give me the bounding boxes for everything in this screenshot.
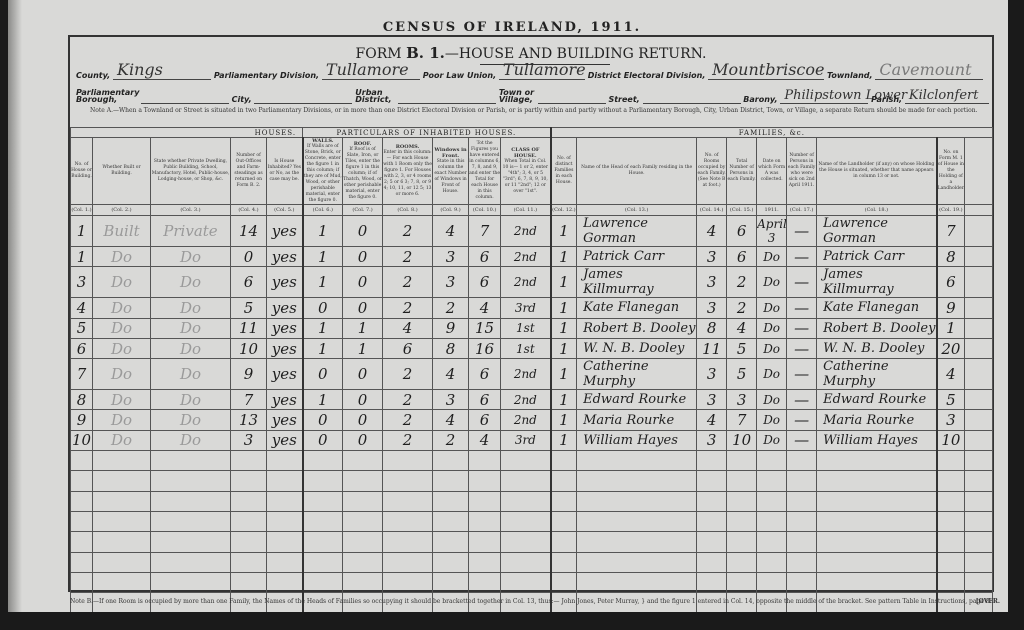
- cell-walls: 1: [303, 216, 343, 247]
- empty-cell: [577, 471, 697, 491]
- col6-text: If Walls are of Stone, Brick, or Concret…: [304, 144, 343, 204]
- cell-total: 6: [469, 410, 501, 430]
- margin-cell: [965, 338, 993, 358]
- empty-cell: [343, 572, 383, 592]
- empty-cell: [757, 451, 787, 471]
- empty-cell: [727, 572, 757, 592]
- empty-cell: [577, 532, 697, 552]
- cell-date: Do: [757, 338, 787, 358]
- empty-cell: [727, 511, 757, 531]
- cell-rooms: 2: [383, 410, 433, 430]
- cell-class: 2nd: [501, 267, 551, 298]
- empty-cell: [937, 471, 965, 491]
- empty-cell: [267, 491, 303, 511]
- cell-class: 3rd: [501, 430, 551, 450]
- cell-persons: 7: [727, 410, 757, 430]
- note-b: Note B.—If one Room is occupied by more …: [70, 598, 1000, 605]
- over-label: [OVER.: [976, 598, 1000, 605]
- cell-outoffices: 7: [231, 390, 267, 410]
- empty-cell: [577, 572, 697, 592]
- empty-cell: [551, 471, 577, 491]
- cell-total: 6: [469, 390, 501, 410]
- col10-header: Tot the Figures you have entered in colu…: [469, 138, 501, 205]
- col11-header: CLASS OF HOUSE.When Total in Col. 10 is—…: [501, 138, 551, 205]
- cell-type: Private: [151, 216, 231, 247]
- empty-cell: [787, 532, 817, 552]
- cell-house: 8: [71, 390, 93, 410]
- cell-form-m1: 8: [937, 247, 965, 267]
- cell-outoffices: 6: [231, 267, 267, 298]
- empty-cell: [501, 552, 551, 572]
- cell-landholder: Edward Rourke: [817, 390, 937, 410]
- empty-cell: [817, 491, 937, 511]
- col15-num: (Col. 15.): [727, 205, 757, 216]
- cell-roof: 1: [343, 318, 383, 338]
- cell-built: Do: [93, 390, 151, 410]
- col16-year: 1911.: [757, 205, 787, 216]
- cell-class: 2nd: [501, 359, 551, 390]
- cell-date: Do: [757, 298, 787, 318]
- cell-head: W. N. B. Dooley: [577, 338, 697, 358]
- empty-cell: [697, 532, 727, 552]
- cell-built: Do: [93, 430, 151, 450]
- empty-cell: [93, 491, 151, 511]
- cell-type: Do: [151, 267, 231, 298]
- cell-rooms: 4: [383, 318, 433, 338]
- empty-cell: [343, 471, 383, 491]
- cell-rooms-occ: 8: [697, 318, 727, 338]
- cell-form-m1: 5: [937, 390, 965, 410]
- col1-num: (Col. 1.): [71, 205, 93, 216]
- empty-cell: [501, 471, 551, 491]
- cell-landholder: William Hayes: [817, 430, 937, 450]
- empty-cell: [577, 491, 697, 511]
- cell-class: 2nd: [501, 410, 551, 430]
- cell-windows: 3: [433, 247, 469, 267]
- cell-outoffices: 3: [231, 430, 267, 450]
- col4-header: Number of Out-Offices and Farm-steadings…: [231, 138, 267, 205]
- cell-roof: 0: [343, 430, 383, 450]
- empty-cell: [343, 491, 383, 511]
- empty-cell: [343, 511, 383, 531]
- cell-sick: —: [787, 298, 817, 318]
- cell-built: Do: [93, 359, 151, 390]
- empty-cell: [937, 552, 965, 572]
- empty-cell: [383, 572, 433, 592]
- cell-windows: 4: [433, 216, 469, 247]
- empty-cell: [937, 572, 965, 592]
- cell-walls: 1: [303, 318, 343, 338]
- cell-total: 4: [469, 430, 501, 450]
- table-row: 3DoDo6yes102362nd1James Killmurray32Do—J…: [71, 267, 993, 298]
- empty-cell: [501, 491, 551, 511]
- empty-cell: [551, 552, 577, 572]
- col18-num: (Col. 18.): [817, 205, 937, 216]
- empty-cell: [551, 491, 577, 511]
- empty-cell: [965, 532, 993, 552]
- cell-sick: —: [787, 390, 817, 410]
- empty-cell: [551, 572, 577, 592]
- cell-landholder: W. N. B. Dooley: [817, 338, 937, 358]
- cell-rooms: 2: [383, 216, 433, 247]
- cell-form-m1: 20: [937, 338, 965, 358]
- windows-subheader: Windows in Front.: [433, 147, 468, 159]
- col11-num: (Col. 11.): [501, 205, 551, 216]
- cell-total: 15: [469, 318, 501, 338]
- empty-cell: [787, 552, 817, 572]
- empty-row: [71, 471, 993, 491]
- empty-cell: [231, 532, 267, 552]
- empty-cell: [231, 451, 267, 471]
- empty-row: [71, 552, 993, 572]
- col17-header: Number of Persons in each Family who wer…: [787, 138, 817, 205]
- cell-walls: 1: [303, 390, 343, 410]
- margin-num: [965, 205, 993, 216]
- col14-header: No. of Rooms occupied by each Family. (S…: [697, 138, 727, 205]
- column-header-row: No. of House or Building. Whether Built …: [71, 138, 993, 205]
- empty-cell: [151, 572, 231, 592]
- barony-label: Barony,: [743, 95, 777, 104]
- empty-cell: [433, 511, 469, 531]
- cell-class: 1st: [501, 318, 551, 338]
- cell-walls: 0: [303, 430, 343, 450]
- cell-windows: 9: [433, 318, 469, 338]
- empty-cell: [817, 532, 937, 552]
- cell-class: 1st: [501, 338, 551, 358]
- empty-cell: [433, 572, 469, 592]
- cell-families: 1: [551, 216, 577, 247]
- empty-cell: [151, 491, 231, 511]
- cell-rooms: 2: [383, 298, 433, 318]
- cell-persons: 6: [727, 216, 757, 247]
- empty-cell: [469, 451, 501, 471]
- empty-cell: [577, 511, 697, 531]
- empty-cell: [469, 532, 501, 552]
- empty-cell: [231, 471, 267, 491]
- empty-cell: [71, 511, 93, 531]
- parish-label: Parish,: [871, 95, 902, 104]
- table-row: 10DoDo3yes002243rd1William Hayes310Do—Wi…: [71, 430, 993, 450]
- col19-num: (Col. 19.): [937, 205, 965, 216]
- cell-walls: 1: [303, 338, 343, 358]
- cell-head: Edward Rourke: [577, 390, 697, 410]
- note-b-text: Note B.—If one Room is occupied by more …: [70, 598, 991, 605]
- county-value: Kings: [113, 60, 211, 80]
- cell-outoffices: 5: [231, 298, 267, 318]
- cell-rooms: 6: [383, 338, 433, 358]
- col1-header: No. of House or Building.: [71, 138, 93, 205]
- cell-total: 6: [469, 359, 501, 390]
- empty-cell: [151, 451, 231, 471]
- cell-head: Kate Flanegan: [577, 298, 697, 318]
- cell-date: April 3: [757, 216, 787, 247]
- table-row: 6DoDo10yes1168161st1W. N. B. Dooley115Do…: [71, 338, 993, 358]
- empty-cell: [757, 572, 787, 592]
- empty-cell: [433, 491, 469, 511]
- cell-inhabited: yes: [267, 430, 303, 450]
- empty-cell: [71, 451, 93, 471]
- empty-cell: [727, 552, 757, 572]
- cell-rooms: 2: [383, 430, 433, 450]
- cell-outoffices: 0: [231, 247, 267, 267]
- cell-persons: 10: [727, 430, 757, 450]
- cell-class: 2nd: [501, 247, 551, 267]
- cell-date: Do: [757, 267, 787, 298]
- cell-built: Do: [93, 267, 151, 298]
- cell-inhabited: yes: [267, 390, 303, 410]
- cell-date: Do: [757, 390, 787, 410]
- cell-families: 1: [551, 298, 577, 318]
- cell-type: Do: [151, 390, 231, 410]
- cell-total: 4: [469, 298, 501, 318]
- empty-row: [71, 451, 993, 471]
- cell-total: 6: [469, 247, 501, 267]
- parish-value: Kilclonfert: [905, 88, 989, 104]
- cell-outoffices: 14: [231, 216, 267, 247]
- empty-cell: [267, 451, 303, 471]
- cell-families: 1: [551, 359, 577, 390]
- empty-cell: [787, 451, 817, 471]
- cell-windows: 3: [433, 267, 469, 298]
- empty-cell: [577, 451, 697, 471]
- cell-form-m1: 1: [937, 318, 965, 338]
- cell-families: 1: [551, 338, 577, 358]
- col17-num: (Col. 17.): [787, 205, 817, 216]
- class-subheader: CLASS OF HOUSE.: [501, 147, 550, 159]
- col8-num: (Col. 8.): [383, 205, 433, 216]
- empty-cell: [93, 511, 151, 531]
- cell-rooms-occ: 3: [697, 430, 727, 450]
- empty-row: [71, 491, 993, 511]
- empty-cell: [71, 491, 93, 511]
- cell-rooms-occ: 3: [697, 298, 727, 318]
- empty-cell: [965, 572, 993, 592]
- empty-cell: [303, 572, 343, 592]
- cell-form-m1: 7: [937, 216, 965, 247]
- empty-cell: [469, 552, 501, 572]
- cell-type: Do: [151, 430, 231, 450]
- cell-sick: —: [787, 410, 817, 430]
- cell-landholder: James Killmurray: [817, 267, 937, 298]
- cell-date: Do: [757, 318, 787, 338]
- parliamentary-borough-value: [141, 91, 229, 104]
- cell-built: Do: [93, 410, 151, 430]
- col9-header: Windows in Front.State in this column th…: [433, 138, 469, 205]
- parliamentary-borough-label: Parliamentary Borough,: [76, 89, 138, 103]
- col6-header: WALLS.If Walls are of Stone, Brick, or C…: [303, 138, 343, 205]
- cell-sick: —: [787, 216, 817, 247]
- cell-roof: 0: [343, 359, 383, 390]
- empty-cell: [817, 572, 937, 592]
- empty-cell: [267, 532, 303, 552]
- cell-windows: 3: [433, 390, 469, 410]
- cell-persons: 5: [727, 359, 757, 390]
- cell-walls: 0: [303, 410, 343, 430]
- empty-cell: [965, 552, 993, 572]
- empty-cell: [303, 491, 343, 511]
- cell-type: Do: [151, 359, 231, 390]
- cell-date: Do: [757, 247, 787, 267]
- empty-cell: [965, 491, 993, 511]
- cell-date: Do: [757, 359, 787, 390]
- cell-house: 10: [71, 430, 93, 450]
- cell-persons: 4: [727, 318, 757, 338]
- cell-roof: 0: [343, 298, 383, 318]
- empty-cell: [267, 511, 303, 531]
- cell-sick: —: [787, 338, 817, 358]
- cell-rooms: 2: [383, 247, 433, 267]
- cell-inhabited: yes: [267, 247, 303, 267]
- table-row: 1DoDo0yes102362nd1Patrick Carr36Do—Patri…: [71, 247, 993, 267]
- col12-header: No. of distinct Families in each House.: [551, 138, 577, 205]
- empty-cell: [757, 511, 787, 531]
- empty-cell: [577, 552, 697, 572]
- scan-border: [0, 612, 1024, 630]
- cell-windows: 8: [433, 338, 469, 358]
- empty-cell: [697, 491, 727, 511]
- cell-inhabited: yes: [267, 216, 303, 247]
- margin-cell: [965, 318, 993, 338]
- empty-cell: [433, 451, 469, 471]
- street-label: Street,: [608, 95, 639, 104]
- empty-cell: [965, 451, 993, 471]
- cell-class: 2nd: [501, 390, 551, 410]
- empty-cell: [937, 532, 965, 552]
- empty-cell: [501, 511, 551, 531]
- cell-house: 4: [71, 298, 93, 318]
- cell-house: 1: [71, 216, 93, 247]
- empty-cell: [469, 471, 501, 491]
- families-section: FAMILIES, &c.: [551, 128, 993, 138]
- cell-families: 1: [551, 430, 577, 450]
- col13-header: Name of the Head of each Family residing…: [577, 138, 697, 205]
- cell-landholder: Kate Flanegan: [817, 298, 937, 318]
- cell-landholder: Robert B. Dooley: [817, 318, 937, 338]
- cell-persons: 3: [727, 390, 757, 410]
- cell-inhabited: yes: [267, 359, 303, 390]
- margin-cell: [965, 216, 993, 247]
- note-a: Note A.—When a Townland or Street is sit…: [90, 107, 977, 114]
- cell-persons: 2: [727, 298, 757, 318]
- empty-cell: [383, 532, 433, 552]
- empty-cell: [727, 491, 757, 511]
- cell-rooms: 2: [383, 267, 433, 298]
- cell-outoffices: 13: [231, 410, 267, 430]
- cell-rooms-occ: 3: [697, 247, 727, 267]
- cell-walls: 0: [303, 359, 343, 390]
- empty-cell: [697, 552, 727, 572]
- cell-type: Do: [151, 247, 231, 267]
- cell-rooms-occ: 3: [697, 359, 727, 390]
- col7-num: (Col. 7.): [343, 205, 383, 216]
- margin-cell: [965, 298, 993, 318]
- cell-roof: 0: [343, 390, 383, 410]
- empty-cell: [383, 511, 433, 531]
- house-building-table: HOUSES. PARTICULARS OF INHABITED HOUSES.…: [70, 127, 993, 613]
- col7-header: ROOF.If Roof is of Slate, Iron, or Tiles…: [343, 138, 383, 205]
- cell-type: Do: [151, 318, 231, 338]
- data-rows: 1BuiltPrivate14yes102472nd1Lawrence Gorm…: [71, 216, 993, 613]
- empty-cell: [469, 511, 501, 531]
- cell-landholder: Lawrence Gorman: [817, 216, 937, 247]
- column-number-row: (Col. 1.) (Col. 2.) (Col. 3.) (Col. 4.) …: [71, 205, 993, 216]
- col19-header: No. on Form M. 1 of House in the Holding…: [937, 138, 965, 205]
- cell-head: Catherine Murphy: [577, 359, 697, 390]
- cell-form-m1: 6: [937, 267, 965, 298]
- cell-rooms-occ: 3: [697, 390, 727, 410]
- col14-num: (Col. 14.): [697, 205, 727, 216]
- empty-cell: [303, 471, 343, 491]
- cell-windows: 4: [433, 410, 469, 430]
- cell-head: Maria Rourke: [577, 410, 697, 430]
- table-row: 9DoDo13yes002462nd1Maria Rourke47Do—Mari…: [71, 410, 993, 430]
- col5-num: (Col. 5.): [267, 205, 303, 216]
- city-value: [254, 91, 352, 104]
- cell-house: 7: [71, 359, 93, 390]
- barony-value: Philipstown Lower: [780, 88, 868, 104]
- empty-cell: [757, 471, 787, 491]
- empty-cell: [937, 491, 965, 511]
- empty-cell: [787, 491, 817, 511]
- margin-cell: [965, 430, 993, 450]
- empty-cell: [817, 451, 937, 471]
- section-header-row: HOUSES. PARTICULARS OF INHABITED HOUSES.…: [71, 128, 993, 138]
- empty-row: [71, 572, 993, 592]
- empty-row: [71, 511, 993, 531]
- cell-windows: 2: [433, 298, 469, 318]
- poor-law-union-label: Poor Law Union,: [423, 71, 496, 80]
- empty-cell: [383, 552, 433, 572]
- col4-num: (Col. 4.): [231, 205, 267, 216]
- empty-cell: [343, 552, 383, 572]
- cell-built: Do: [93, 247, 151, 267]
- cell-persons: 5: [727, 338, 757, 358]
- city-label: City,: [232, 95, 252, 104]
- col10-num: (Col. 10.): [469, 205, 501, 216]
- empty-cell: [757, 532, 787, 552]
- empty-cell: [383, 491, 433, 511]
- cell-rooms-occ: 4: [697, 216, 727, 247]
- parliamentary-division-label: Parliamentary Division,: [214, 71, 319, 80]
- empty-cell: [93, 572, 151, 592]
- cell-inhabited: yes: [267, 267, 303, 298]
- cell-outoffices: 10: [231, 338, 267, 358]
- empty-cell: [383, 451, 433, 471]
- empty-cell: [93, 471, 151, 491]
- col3-header: State whether Private Dwelling, Public B…: [151, 138, 231, 205]
- empty-cell: [343, 532, 383, 552]
- empty-cell: [71, 572, 93, 592]
- cell-type: Do: [151, 338, 231, 358]
- cell-form-m1: 3: [937, 410, 965, 430]
- cell-class: 3rd: [501, 298, 551, 318]
- empty-cell: [551, 511, 577, 531]
- empty-cell: [151, 552, 231, 572]
- empty-cell: [817, 471, 937, 491]
- table-row: 1BuiltPrivate14yes102472nd1Lawrence Gorm…: [71, 216, 993, 247]
- cell-sick: —: [787, 267, 817, 298]
- empty-cell: [697, 511, 727, 531]
- cell-landholder: Maria Rourke: [817, 410, 937, 430]
- cell-sick: —: [787, 430, 817, 450]
- empty-cell: [551, 451, 577, 471]
- cell-walls: 0: [303, 298, 343, 318]
- margin-cell: [965, 359, 993, 390]
- table-row: 7DoDo9yes002462nd1Catherine Murphy35Do—C…: [71, 359, 993, 390]
- empty-cell: [501, 532, 551, 552]
- ded-value: Mountbriscoe: [708, 60, 824, 80]
- location-line-2: Parliamentary Borough, City, Urban Distr…: [76, 88, 989, 104]
